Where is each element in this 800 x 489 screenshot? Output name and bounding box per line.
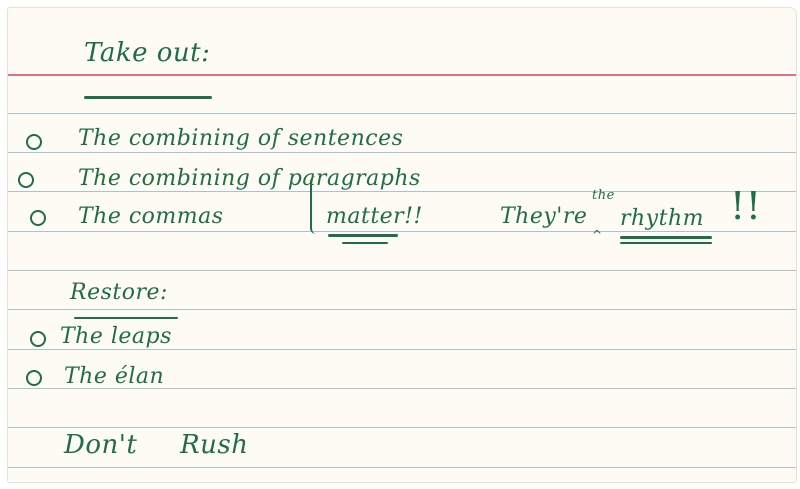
- header-rule: [8, 74, 796, 76]
- bracket-mark: [310, 176, 318, 234]
- dont-rush-note: Don't Rush: [64, 430, 249, 460]
- annotation-matter: matter!!: [326, 204, 423, 229]
- bullet-circle-icon: [30, 210, 46, 226]
- bullet-circle-icon: [30, 331, 46, 347]
- bullet-circle-icon: [26, 370, 42, 386]
- heading-underline: [84, 96, 212, 99]
- rule-line: [8, 191, 796, 192]
- insertion-caret-icon: ^: [592, 228, 602, 242]
- rule-line: [8, 231, 796, 232]
- take-out-heading: Take out:: [84, 38, 210, 68]
- annotation-exclaim: !!: [730, 184, 762, 228]
- annotation-insert: the: [592, 188, 615, 203]
- take-out-item-3: The commas: [78, 204, 224, 229]
- bullet-circle-icon: [26, 134, 42, 150]
- annotation-theyre: They're: [500, 204, 587, 229]
- rule-line: [8, 113, 796, 114]
- bullet-circle-icon: [18, 172, 34, 188]
- rule-line: [8, 309, 796, 310]
- rule-line: [8, 467, 796, 468]
- rule-line: [8, 349, 796, 350]
- rule-line: [8, 152, 796, 153]
- rhythm-underline: [620, 236, 712, 239]
- annotation-rhythm: rhythm: [620, 206, 704, 231]
- rhythm-underline-2: [620, 242, 712, 244]
- take-out-item-1: The combining of sentences: [78, 126, 403, 151]
- restore-heading: Restore:: [70, 280, 168, 305]
- matter-underline: [328, 234, 398, 237]
- take-out-item-2: The combining of paragraphs: [78, 166, 421, 191]
- rule-line: [8, 270, 796, 271]
- restore-item-1: The leaps: [60, 324, 172, 349]
- rule-line: [8, 427, 796, 428]
- matter-underline-2: [342, 242, 388, 244]
- restore-underline: [74, 317, 178, 319]
- restore-item-2: The élan: [64, 364, 164, 389]
- index-card: Take out: The combining of sentences The…: [8, 8, 796, 482]
